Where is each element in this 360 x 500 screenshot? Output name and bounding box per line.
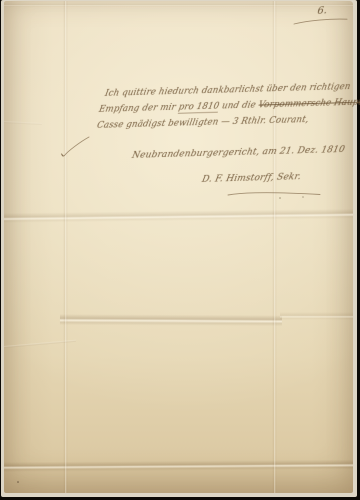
letter-paper: 6. Ich quittire hiedurch dankbarlichst ü… [4, 1, 353, 493]
signature-underline-flourish [226, 189, 322, 199]
handwriting-year-underlined: pro 1810 [177, 102, 220, 114]
fold-line-horizontal-middle [60, 314, 282, 326]
fold-line-horizontal-middle-right [280, 312, 353, 320]
handwriting-struck-words: Vorpommersche Haupt- [258, 98, 360, 111]
fold-line-horizontal-lower [4, 460, 353, 472]
pen-checkmark [56, 134, 92, 160]
crease-upper-left [4, 121, 42, 125]
fold-line-vertical-right [272, 1, 277, 493]
ink-speck [17, 481, 19, 483]
handwriting-line-3: Casse gnädigst bewilligten — 3 Rthlr. Co… [96, 115, 310, 131]
handwriting-line-2-seg1: Empfang der mir [98, 103, 180, 115]
fold-line-top-edge [4, 3, 353, 7]
page-number-underline-flourish [292, 16, 350, 26]
handwriting-line-2-seg3: und die [218, 101, 259, 112]
fold-line-horizontal-upper [4, 209, 353, 223]
fold-line-vertical-left [63, 1, 68, 493]
handwriting-line-1: Ich quittire hiedurch dankbarlichst über… [104, 82, 351, 99]
handwriting-dateline: Neubrandenburgergericht, am 21. Dez. 181… [131, 145, 346, 161]
scanned-letter-page: { "page": { "background_color": "#0c0a07… [0, 0, 360, 500]
handwriting-signature: D. F. Himstorff, Sekr. [201, 172, 302, 185]
handwriting-line-2: Empfang der mir pro 1810 und die Vorpomm… [98, 98, 360, 115]
